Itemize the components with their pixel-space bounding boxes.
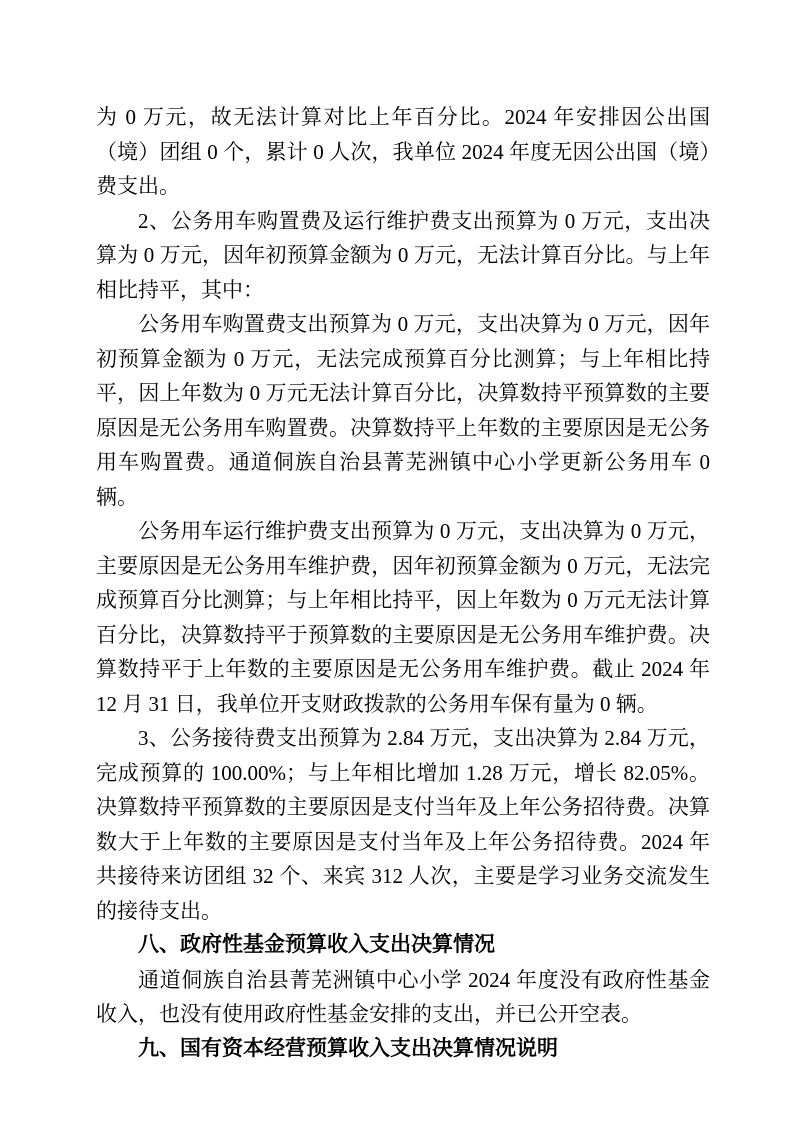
paragraph-vehicle-maintenance-detail: 公务用车运行维护费支出预算为 0 万元，支出决算为 0 万元，主要原因是无公务用… — [96, 514, 710, 721]
document-page: 为 0 万元，故无法计算对比上年百分比。2024 年安排因公出国（境）团组 0 … — [0, 0, 793, 1122]
section-heading-state-capital-budget: 九、国有资本经营预算收入支出决算情况说明 — [96, 1032, 710, 1067]
paragraph-official-reception-expense: 3、公务接待费支出预算为 2.84 万元，支出决算为 2.84 万元，完成预算的… — [96, 721, 710, 928]
paragraph-continuation-overseas-travel: 为 0 万元，故无法计算对比上年百分比。2024 年安排因公出国（境）团组 0 … — [96, 100, 710, 204]
paragraph-government-fund-statement: 通道侗族自治县菁芜洲镇中心小学 2024 年度没有政府性基金收入，也没有使用政府… — [96, 963, 710, 1032]
paragraph-vehicle-purchase-and-maintenance-summary: 2、公务用车购置费及运行维护费支出预算为 0 万元，支出决算为 0 万元，因年初… — [96, 204, 710, 308]
paragraph-vehicle-purchase-detail: 公务用车购置费支出预算为 0 万元，支出决算为 0 万元，因年初预算金额为 0 … — [96, 307, 710, 514]
section-heading-government-fund-budget: 八、政府性基金预算收入支出决算情况 — [96, 928, 710, 963]
document-content: 为 0 万元，故无法计算对比上年百分比。2024 年安排因公出国（境）团组 0 … — [96, 100, 710, 1066]
